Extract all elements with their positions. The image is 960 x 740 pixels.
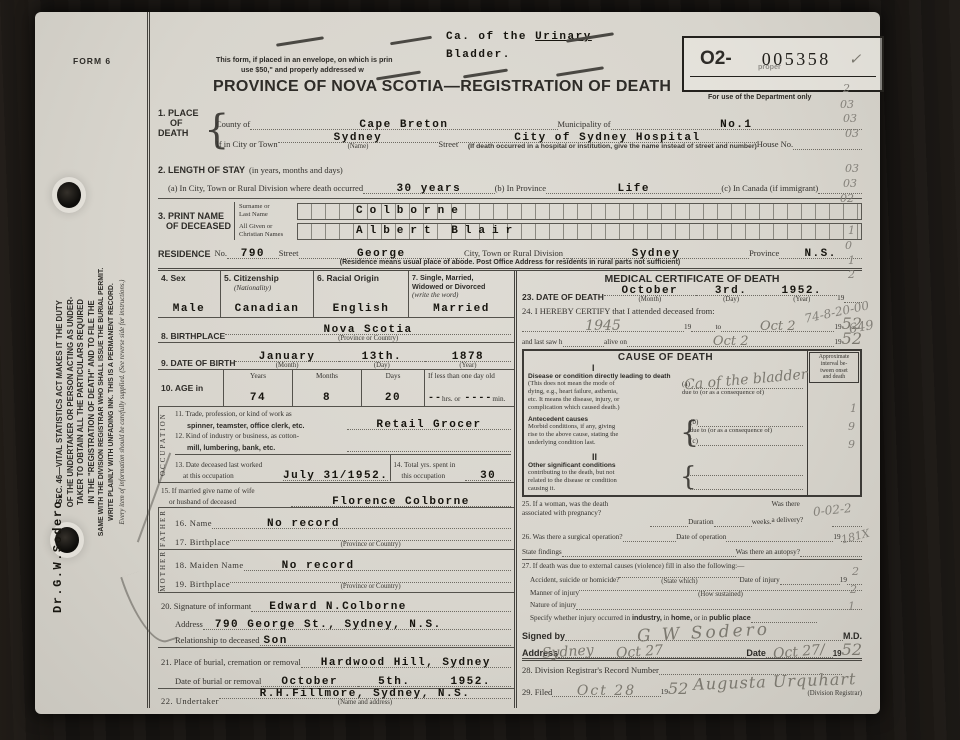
q25-label: 25. If a woman, was the death (522, 500, 650, 509)
row-q29: 29. Filed Oct 28 19 52 Augusta Urquhart … (522, 675, 862, 697)
statute-line: IN THE "REGISTRATION OF DEATH" AND TO FI… (87, 228, 98, 576)
age-min-dash: ---- (464, 394, 492, 404)
age-months-label: Months (316, 372, 338, 381)
stay-heading: 2. LENGTH OF STAY (158, 165, 245, 175)
burial-place-label: 21. Place of burial, cremation or remova… (161, 657, 301, 668)
city-label: If in City or Town (216, 139, 278, 150)
pencil-margin-number: 2 (843, 82, 850, 95)
antecedent-label: Morbid conditions, if any, giving (528, 423, 680, 431)
pencil-margin-number: 02 (840, 192, 854, 205)
marital-label: 7. Single, Married, (412, 273, 511, 282)
q27-19: 19 (840, 576, 847, 585)
section-place-of-death: 1. PLACE OF DEATH { County of Cape Breto… (158, 108, 862, 152)
given-names-value: Albert Blair (298, 226, 519, 237)
sex-value: Male (161, 304, 217, 315)
given-names-label: Christian Names (239, 231, 297, 239)
cause-roman-2: II (592, 452, 803, 462)
block-burial: 21. Place of burial, cremation or remova… (158, 648, 514, 689)
left-margin: FORM 6 SEC. 46—VITAL STATISTICS ACT MAKE… (35, 12, 147, 714)
q29-label: 29. Filed (522, 687, 552, 698)
surname-value: Colborne (298, 206, 465, 217)
age-days-label: Days (386, 372, 401, 381)
q25-duration-label: Duration (688, 518, 714, 527)
medical-certificate-heading: MEDICAL CERTIFICATE OF DEATH (522, 273, 862, 285)
stamp-number: 005358 (762, 49, 831, 70)
physician-address-date-hand: Oct 27 (615, 644, 663, 661)
antecedent-brace: { (680, 416, 688, 450)
death-date-label: 23. DATE OF DEATH (522, 292, 604, 303)
q27-how-note: (How sustained) (579, 591, 862, 598)
row-q26: 26. Was there a surgical operation? Date… (522, 527, 862, 560)
marital-label: Widowed or Divorced (412, 282, 511, 291)
birthplace-note: (Province or Country) (225, 335, 511, 342)
certify-19b: 19 (834, 323, 841, 332)
other-conditions-label: related to the disease or condition (528, 477, 680, 485)
row-spouse: 15. If married give name of wife or husb… (158, 483, 514, 508)
q14-label: 14. Total yrs. spent in (393, 461, 455, 469)
row-personal: 4. Sex Male 5. Citizenship (Nationality)… (158, 271, 514, 318)
form-body: Ca. of the Urinary Bladder. This form, i… (147, 12, 866, 708)
marital-note: (write the word) (412, 291, 511, 300)
pencil-margin-number: 649 (848, 318, 875, 337)
q29-19: 19 (661, 688, 668, 697)
burial-place-value: Hardwood Hill, Sydney (321, 658, 491, 669)
cause-lead: etc. It means the disease, injury, or (528, 396, 680, 404)
pencil-margin-number: 1 (848, 600, 855, 613)
burial-date-label: Date of burial or removal (161, 676, 261, 687)
q27-state-which-note: (State which) (619, 578, 739, 585)
filed-year-hand: 52 (668, 681, 688, 697)
statute-line: WRITE PLAINLY WITH UNFADING INK. THIS IS… (107, 228, 117, 576)
cause-of-death-box: CAUSE OF DEATH I Disease or condition di… (522, 349, 862, 498)
birthplace-label: 8. BIRTHPLACE (161, 331, 225, 342)
q11-value: Retail Grocer (376, 420, 481, 431)
residence-note: (Residence means usual place of abode. P… (158, 259, 862, 266)
q27-nature-label: Nature of injury (522, 601, 576, 610)
q14-value: 30 (480, 471, 496, 482)
envelope-note-line1: This form, if placed in an envelope, on … (216, 55, 393, 64)
age-hrs-dash: -- (428, 394, 442, 404)
department-note: For use of the Department only (708, 94, 811, 101)
physician-address-hand: Sydney (542, 643, 595, 661)
pencil-dash (390, 36, 432, 46)
stay-a-label: (a) In City, Town or Rural Division wher… (158, 183, 363, 194)
cause-c-label: (c) (690, 437, 698, 446)
pencil-margin-number: 1 (848, 224, 855, 237)
pencil-margin-number: 0 (845, 239, 852, 252)
death-month-note: (Month) (604, 296, 696, 303)
stay-heading-note: (in years, months and days) (249, 165, 343, 175)
alive-on-label: alive on (604, 338, 627, 347)
date-19: 19 (833, 649, 842, 658)
cause-lead: (This does not mean the mode of (528, 380, 680, 388)
interval-note: and death (810, 374, 858, 381)
right-column: MEDICAL CERTIFICATE OF DEATH 23. DATE OF… (517, 271, 862, 708)
statute-line: OF THE UNDERTAKER OR PERSON ACTING AS UN… (66, 228, 77, 576)
antecedent-label: underlying condition last. (528, 439, 680, 447)
reverse-note: (See reverse side for instructions.) (119, 280, 126, 373)
pencil-margin-number: 03 (845, 162, 859, 175)
name-heading: 3. PRINT NAME (158, 211, 234, 221)
county-label: County of (216, 119, 250, 130)
stamp-prefix: O2- (700, 48, 732, 70)
pencil-margin-number: 2 (848, 268, 855, 281)
residence-province-label: Province (749, 248, 779, 259)
antecedent-label: Antecedent causes (528, 416, 680, 423)
place-num: 1. (158, 108, 166, 118)
death-19: 19 (837, 294, 844, 303)
form-number: FORM 6 (73, 56, 111, 66)
street-label: Street (438, 139, 458, 150)
pencil-margin-number: 03 (843, 112, 857, 125)
pencil-dash (276, 36, 324, 46)
section-length-of-stay: 2. LENGTH OF STAY (in years, months and … (158, 160, 862, 194)
other-conditions-label: causing it. (528, 485, 680, 493)
block-occupation: OCCUPATION 11. Trade, profession, or kin… (158, 407, 514, 483)
margin-doctor-name: Dr.G.W.Sodero. (52, 443, 64, 613)
block-mother: MOTHER 18. Maiden Name No record 19. Bir… (158, 550, 514, 593)
photo-background: FORM 6 SEC. 46—VITAL STATISTICS ACT MAKE… (0, 0, 960, 740)
place-label: OF (158, 118, 204, 128)
q25-weeks-label: weeks. (752, 518, 772, 527)
statute-line: TAKER TO OBTAIN ALL THE PARTICULARS REQU… (76, 228, 87, 576)
citizenship-value: Canadian (224, 304, 310, 315)
certificate-date-year-hand: 52 (842, 642, 862, 658)
pencil-margin-number: 2 (852, 565, 859, 578)
block-informant: 20. Signature of informant Edward N.Colb… (158, 593, 514, 648)
certify-from-hand: 1945 (585, 319, 621, 333)
mother-name-label: 18. Maiden Name (175, 560, 244, 571)
informant-label: 20. Signature of informant (161, 601, 251, 612)
diagnosis-annotation-line2: Bladder. (446, 50, 511, 61)
pencil-dash (556, 66, 604, 76)
cause-lead: complication which caused death.) (528, 404, 680, 412)
certificate-date-hand: Oct 27/ (773, 643, 826, 661)
pencil-margin-number: 03 (840, 98, 854, 111)
residence-city-label: City, Town or Rural Division (464, 248, 563, 259)
q26-autopsy-label: Was there an autopsy? (736, 548, 800, 557)
filed-date-hand: Oct 28 (577, 684, 636, 698)
interval-note: Approximate (810, 354, 858, 361)
q12-label: 12. Kind of industry or business, as cot… (175, 432, 299, 440)
father-name-value: No record (267, 519, 340, 530)
birth-month-note: (Month) (235, 362, 338, 369)
age-infant-note: If less than one day old (428, 372, 511, 381)
cause-lead: dying, e.g., heart failure, asthenia, (528, 388, 680, 396)
other-conditions-label: Other significant conditions (528, 462, 680, 469)
q27-manner-label: Manner of injury (522, 589, 579, 598)
residence-no-value: 790 (241, 249, 265, 260)
pencil-margin-number: 1 (848, 254, 855, 267)
q15-value: Florence Colborne (332, 497, 470, 508)
left-column: 4. Sex Male 5. Citizenship (Nationality)… (158, 271, 517, 708)
father-vertical-label: FATHER (158, 508, 172, 549)
death-day-note: (Day) (696, 296, 767, 303)
municipality-value: No.1 (720, 120, 752, 131)
informant-address: 790 George St., Sydney, N.S. (215, 620, 442, 631)
mother-vertical-label: MOTHER (158, 550, 172, 592)
surname-label: Last Name (239, 211, 297, 219)
undertaker-note: (Name and address) (219, 699, 511, 706)
birth-date-label: 9. DATE OF BIRTH (161, 358, 235, 369)
death-year-note: (Year) (766, 296, 837, 303)
q26-label: 26. Was there a surgical operation? (522, 533, 623, 542)
stay-b-label: (b) In Province (495, 183, 546, 194)
age-label: 10. AGE in (158, 370, 223, 406)
house-no-label: House No. (757, 139, 793, 150)
q12-label2: mill, lumbering, bank, etc. (175, 443, 347, 452)
signed-by-label: Signed by (522, 631, 565, 641)
row-signed: Signed by G W Sodero M.D. Address Sydney… (522, 624, 862, 661)
father-birthplace-note: (Province or Country) (230, 541, 511, 548)
father-birthplace-label: 17. Birthplace (175, 537, 230, 548)
other-conditions-label: contributing to the death, but not (528, 469, 680, 477)
other-brace: { (680, 462, 688, 494)
mother-birthplace-label: 19. Birthplace (175, 579, 230, 590)
cause-lead: Disease or condition directly leading to… (528, 373, 680, 380)
row-age: 10. AGE in Years 74 Months 8 Days 20 (158, 370, 514, 407)
q26-date-label: Date of operation (676, 533, 726, 542)
q15-label: 15. If married give name of wife (161, 487, 255, 495)
last-19: 19 (834, 338, 841, 347)
pencil-checkmark: ✓ (849, 52, 862, 67)
pencil-margin-number: 2 (850, 583, 857, 596)
block-undertaker: 22. Undertaker R.H.Fillmore, Sydney, N.S… (158, 689, 514, 708)
cause-b-label: (b) (690, 418, 698, 427)
age-years-label: Years (250, 372, 266, 381)
informant-relationship: Son (264, 636, 288, 647)
age-min-label: min. (492, 395, 505, 404)
certify-to-hand: Oct 2 (760, 320, 796, 333)
q25-label: associated with pregnancy? (522, 509, 650, 518)
section-print-name: 3. PRINT NAME OF DECEASED Surname or Las… (158, 199, 862, 243)
burial-month: October (281, 677, 338, 688)
pencil-margin-number: 03 (843, 177, 857, 190)
statute-text-rotated: SEC. 46—VITAL STATISTICS ACT MAKES IT TH… (55, 228, 159, 576)
citizenship-label: 5. Citizenship (224, 273, 310, 284)
q14-label2: this occupation (393, 472, 465, 481)
mother-birthplace-note: (Province or Country) (230, 583, 511, 590)
registration-number-stamp: O2- 005358 ✓ (682, 36, 884, 92)
sex-label: 4. Sex (161, 273, 217, 284)
form-columns: 4. Sex Male 5. Citizenship (Nationality)… (158, 271, 862, 708)
cause-due-2: due to (or as a consequence of) (690, 427, 803, 435)
last-saw-hand: Oct 2 (713, 335, 749, 348)
place-brace: { (204, 108, 216, 152)
marital-value: Married (412, 304, 511, 315)
row-q27: 27. If death was due to external causes … (522, 562, 862, 623)
father-name-label: 16. Name (175, 518, 212, 529)
q15-label2: or husband of deceased (161, 498, 291, 507)
q28-label: 28. Division Registrar's Record Number (522, 665, 659, 676)
residence-no-label: No. (215, 248, 228, 259)
pencil-dash (463, 68, 508, 78)
pencil-margin-number: 9 (848, 438, 855, 451)
occupation-vertical-label: OCCUPATION (158, 407, 172, 482)
place-label: PLACE (168, 108, 199, 118)
last-saw-label: and last saw h (522, 338, 563, 347)
stay-b-value: Life (618, 184, 650, 195)
residence-province-value: N.S. (804, 249, 836, 260)
q13-value: July 31/1952. (283, 471, 388, 482)
interval-note: interval be- (810, 361, 858, 368)
residence-street-label: Street (279, 248, 299, 259)
antecedent-label: rise to the above cause, stating the (528, 431, 680, 439)
racial-origin-value: English (317, 304, 405, 315)
given-names-label: All Given or (239, 223, 297, 231)
row-birth-date: 9. DATE OF BIRTH January (Month) 13th. (… (158, 343, 514, 370)
informant-relationship-label: Relationship to deceased (161, 635, 260, 646)
citizenship-note: (Nationality) (224, 284, 310, 293)
pencil-margin-number: 9 (848, 420, 855, 433)
section-residence: RESIDENCE No. 790 Street George City, To… (158, 243, 862, 266)
county-value: Cape Breton (359, 120, 448, 131)
pencil-margin-number: 1 (850, 402, 857, 415)
q27-injury-date-label: Date of injury (739, 576, 779, 585)
row-birthplace: 8. BIRTHPLACE Nova Scotia (Province or C… (158, 318, 514, 343)
death-registration-form: FORM 6 SEC. 46—VITAL STATISTICS ACT MAKE… (35, 12, 880, 714)
racial-origin-label: 6. Racial Origin (317, 273, 405, 284)
mother-name-value: No record (282, 561, 355, 572)
q25-delivery-label: a delivery? (772, 516, 804, 524)
hospital-note: (If death occurred in a hospital or inst… (458, 143, 757, 150)
birth-year-note: (Year) (425, 362, 511, 369)
place-label: DEATH (158, 128, 204, 138)
burial-day: 5th. (378, 677, 410, 688)
block-father: FATHER 16. Name No record 17. Birthplace (158, 508, 514, 550)
supplied-note: Every item of information should be care… (119, 374, 126, 524)
date-label: Date (746, 648, 766, 658)
age-hrs-label: hrs. or (442, 395, 460, 404)
certify-19a: 19 (684, 323, 691, 332)
age-days-value: 20 (385, 393, 401, 404)
informant-signature: Edward N.Colborne (269, 602, 407, 613)
q27-accident-label: Accident, suicide or homicide? (522, 576, 619, 585)
interval-note: tween onset (810, 368, 858, 375)
q11-label: 11. Trade, profession, or kind of work a… (175, 410, 292, 418)
surname-label: Surname or (239, 203, 297, 211)
q27-label: 27. If death was due to external causes … (522, 562, 862, 571)
undertaker-label: 22. Undertaker (161, 696, 219, 707)
envelope-note-line2: use $50," and properly addressed w (241, 65, 364, 74)
burial-year: 1952. (450, 677, 491, 688)
municipality-label: Municipality of (558, 119, 611, 130)
q13-label: 13. Date deceased last worked (175, 461, 262, 469)
residence-label: RESIDENCE (158, 249, 211, 259)
stay-c-label: (c) In Canada (if immigrant) (721, 183, 818, 194)
row-q25: 25. If a woman, was the death associated… (522, 500, 862, 527)
stay-a-value: 30 years (396, 184, 461, 195)
q26-findings-label: State findings (522, 548, 562, 557)
form-header: Ca. of the Urinary Bladder. This form, i… (158, 12, 862, 108)
cause-heading: CAUSE OF DEATH (528, 352, 803, 363)
informant-address-label: Address (161, 619, 203, 630)
city-note: (Name) (278, 143, 439, 150)
name-heading: OF DECEASED (158, 221, 234, 231)
row-date-of-death: 23. DATE OF DEATH October (Month) 3rd. (… (522, 285, 862, 303)
birth-day-note: (Day) (339, 362, 425, 369)
statute-line: SAME WITH THE DIVISION REGISTRAR WHO SHA… (97, 228, 107, 576)
form-title: PROVINCE OF NOVA SCOTIA—REGISTRATION OF … (213, 78, 671, 96)
pencil-margin-number: 03 (845, 127, 859, 140)
